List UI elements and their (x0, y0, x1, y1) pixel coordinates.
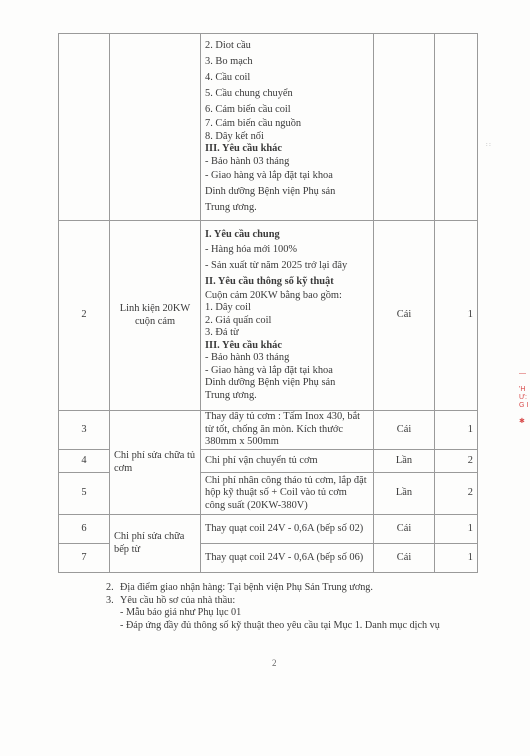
stamp-star-icon: ✱ (519, 418, 525, 426)
spec-line: 2. Diot cầu (205, 38, 369, 54)
group-name: Chi phí sửa chữa tủ cơm (110, 411, 201, 515)
quantity: 1 (435, 221, 478, 411)
spec-line: 7. Cảm biến cầu nguồn (205, 118, 369, 131)
row-number: 5 (59, 473, 110, 515)
item-specification: Thay dây tủ cơm : Tấm Inox 430, bắt từ t… (201, 411, 374, 450)
quantity: 1 (435, 515, 478, 544)
spec-line: - Hàng hóa mới 100% (205, 242, 369, 258)
spec-line: - Giao hàng và lắp đặt tại khoa (205, 168, 369, 184)
document-page: 2. Diot cầu3. Bo mạch4. Cầu coil5. Cầu c… (0, 0, 530, 756)
table-row: 3Chi phí sửa chữa tủ cơmThay dây tủ cơm … (59, 411, 478, 450)
quantity: 1 (435, 544, 478, 573)
spec-line: III. Yêu cầu khác (205, 340, 369, 353)
quantity: 2 (435, 450, 478, 473)
spec-line: 5. Cầu chung chuyển (205, 86, 369, 102)
note-sub-spec-compliance: - Đáp ứng đầy đủ thông số kỹ thuật theo … (106, 620, 440, 633)
unit: Cái (374, 221, 435, 411)
spec-line: II. Yêu cầu thông số kỹ thuật (205, 274, 369, 290)
quantity: 2 (435, 473, 478, 515)
unit: Cái (374, 515, 435, 544)
stamp-fragment-text: 'H Ư: G I (519, 386, 528, 410)
note-bidder-requirements: 3. Yêu cầu hồ sơ của nhà thầu: (106, 595, 440, 608)
unit (374, 34, 435, 221)
row-number: 7 (59, 544, 110, 573)
unit: Cái (374, 411, 435, 450)
stamp-fragment-line: — (519, 370, 526, 378)
spec-line: Dinh dưỡng Bệnh viện Phụ sản (205, 377, 369, 390)
unit: Lần (374, 450, 435, 473)
spec-line: - Sản xuất từ năm 2025 trở lại đây (205, 258, 369, 274)
spec-line: Trung ương. (205, 390, 369, 403)
table-row: 2. Diot cầu3. Bo mạch4. Cầu coil5. Cầu c… (59, 34, 478, 221)
spec-line: 3. Đá từ (205, 327, 369, 340)
spec-line: 3. Bo mạch (205, 54, 369, 70)
note-delivery-location: 2. Địa điểm giao nhận hàng: Tại bệnh việ… (106, 582, 440, 595)
group-name: Chi phí sửa chữa bếp từ (110, 515, 201, 573)
spec-line: - Bảo hành 03 tháng (205, 352, 369, 365)
row-number: 2 (59, 221, 110, 411)
spec-line: Cuộn cảm 20KW bằng bao gồm: (205, 290, 369, 303)
row-number: 6 (59, 515, 110, 544)
spec-line: I. Yêu cầu chung (205, 229, 369, 242)
item-specification: Thay quạt coil 24V - 0,6A (bếp số 02) (201, 515, 374, 544)
quantity: 1 (435, 411, 478, 450)
unit: Lần (374, 473, 435, 515)
item-name: Linh kiện 20KW cuộn cảm (110, 221, 201, 411)
quantity (435, 34, 478, 221)
scan-artifact: : : (486, 142, 491, 148)
spec-line: - Giao hàng và lắp đặt tại khoa (205, 365, 369, 378)
spec-line: 6. Cảm biến cầu coil (205, 102, 369, 118)
table-row: 6Chi phí sửa chữa bếp từThay quạt coil 2… (59, 515, 478, 544)
row-number (59, 34, 110, 221)
item-specification: Chi phí nhân công tháo tủ cơm, lắp đặt h… (201, 473, 374, 515)
spec-line: 1. Dây coil (205, 302, 369, 315)
spec-line: 8. Dây kết nối (205, 131, 369, 144)
page-number: 2 (272, 658, 277, 668)
spec-line: - Bảo hành 03 tháng (205, 156, 369, 169)
spec-line: Trung ương. (205, 200, 369, 216)
notes-section: 2. Địa điểm giao nhận hàng: Tại bệnh việ… (106, 582, 440, 632)
item-name (110, 34, 201, 221)
row-number: 4 (59, 450, 110, 473)
spec-line: 4. Cầu coil (205, 70, 369, 86)
unit: Cái (374, 544, 435, 573)
spec-line: III. Yêu cầu khác (205, 143, 369, 156)
item-specification: 2. Diot cầu3. Bo mạch4. Cầu coil5. Cầu c… (201, 34, 374, 221)
note-sub-quote-form: - Mẫu báo giá như Phụ lục 01 (106, 607, 440, 620)
item-specification: Chi phí vận chuyển tủ cơm (201, 450, 374, 473)
item-specification: I. Yêu cầu chung- Hàng hóa mới 100%- Sản… (201, 221, 374, 411)
row-number: 3 (59, 411, 110, 450)
item-specification: Thay quạt coil 24V - 0,6A (bếp số 06) (201, 544, 374, 573)
spec-line: Dinh dưỡng Bệnh viện Phụ sản (205, 184, 369, 200)
spec-line: 2. Giá quấn coil (205, 315, 369, 328)
table-row: 2Linh kiện 20KW cuộn cảmI. Yêu cầu chung… (59, 221, 478, 411)
service-spec-table: 2. Diot cầu3. Bo mạch4. Cầu coil5. Cầu c… (58, 33, 478, 573)
